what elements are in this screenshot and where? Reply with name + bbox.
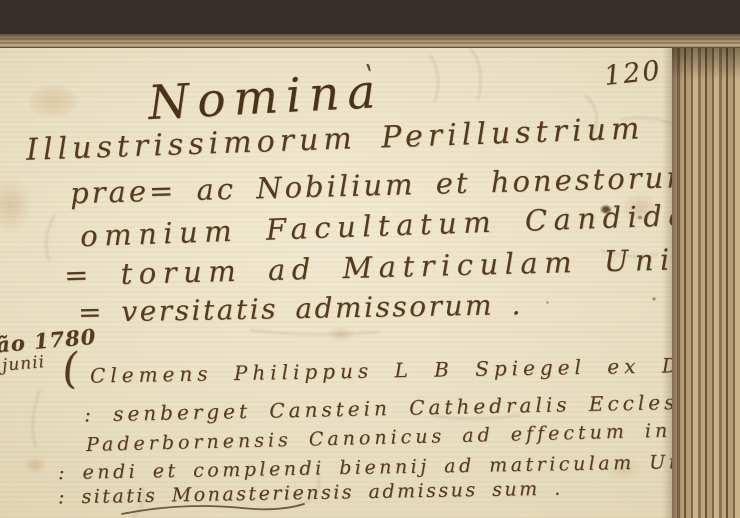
book-fore-edge	[672, 40, 740, 518]
page-number: 120	[603, 55, 663, 92]
signature-flourish	[118, 498, 308, 518]
book-top-edge	[0, 0, 740, 34]
margin-date-month: junii	[1, 352, 46, 376]
book-top-edge-highlight	[0, 34, 740, 48]
manuscript-photo: 120 Nomina ` Illustrissimorum Perillustr…	[0, 0, 740, 518]
